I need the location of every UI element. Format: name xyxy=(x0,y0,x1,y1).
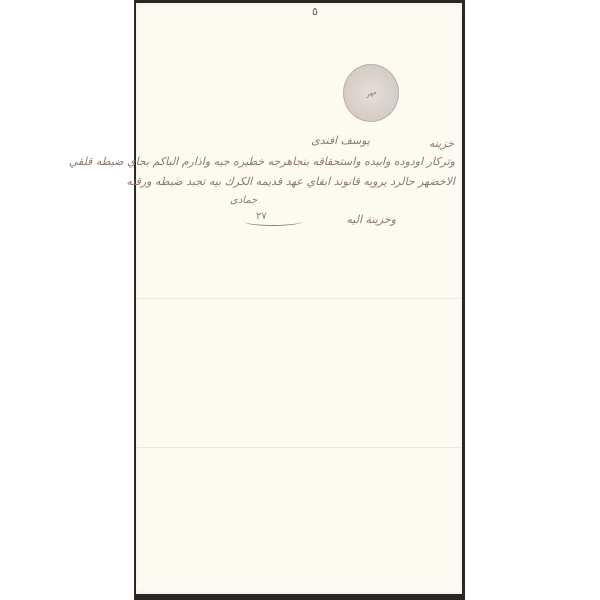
fold-line xyxy=(136,447,462,448)
date-flourish xyxy=(244,217,302,226)
text-line: یوسف افندی xyxy=(311,134,370,147)
fold-line xyxy=(136,298,462,299)
text-line: خزینه xyxy=(429,137,454,150)
seal-inscription: مهر xyxy=(349,83,394,102)
text-line: الاخضهر حالرد يرويه قانوند ابقاي عهد قدي… xyxy=(140,175,455,188)
date-month: جمادی xyxy=(230,195,257,206)
document-page: ٥ مهر خزینه یوسف افندی وتركار اودوده واب… xyxy=(136,3,462,594)
text-line: وخزينة اليه xyxy=(346,213,396,226)
date-notation: جمادی ٢٧ xyxy=(216,195,286,229)
page-number: ٥ xyxy=(312,5,318,18)
text-line: وتركار اودوده وابيده واستحقاقه بنجاهرجه … xyxy=(140,155,455,168)
seal-stamp: مهر xyxy=(343,64,399,122)
